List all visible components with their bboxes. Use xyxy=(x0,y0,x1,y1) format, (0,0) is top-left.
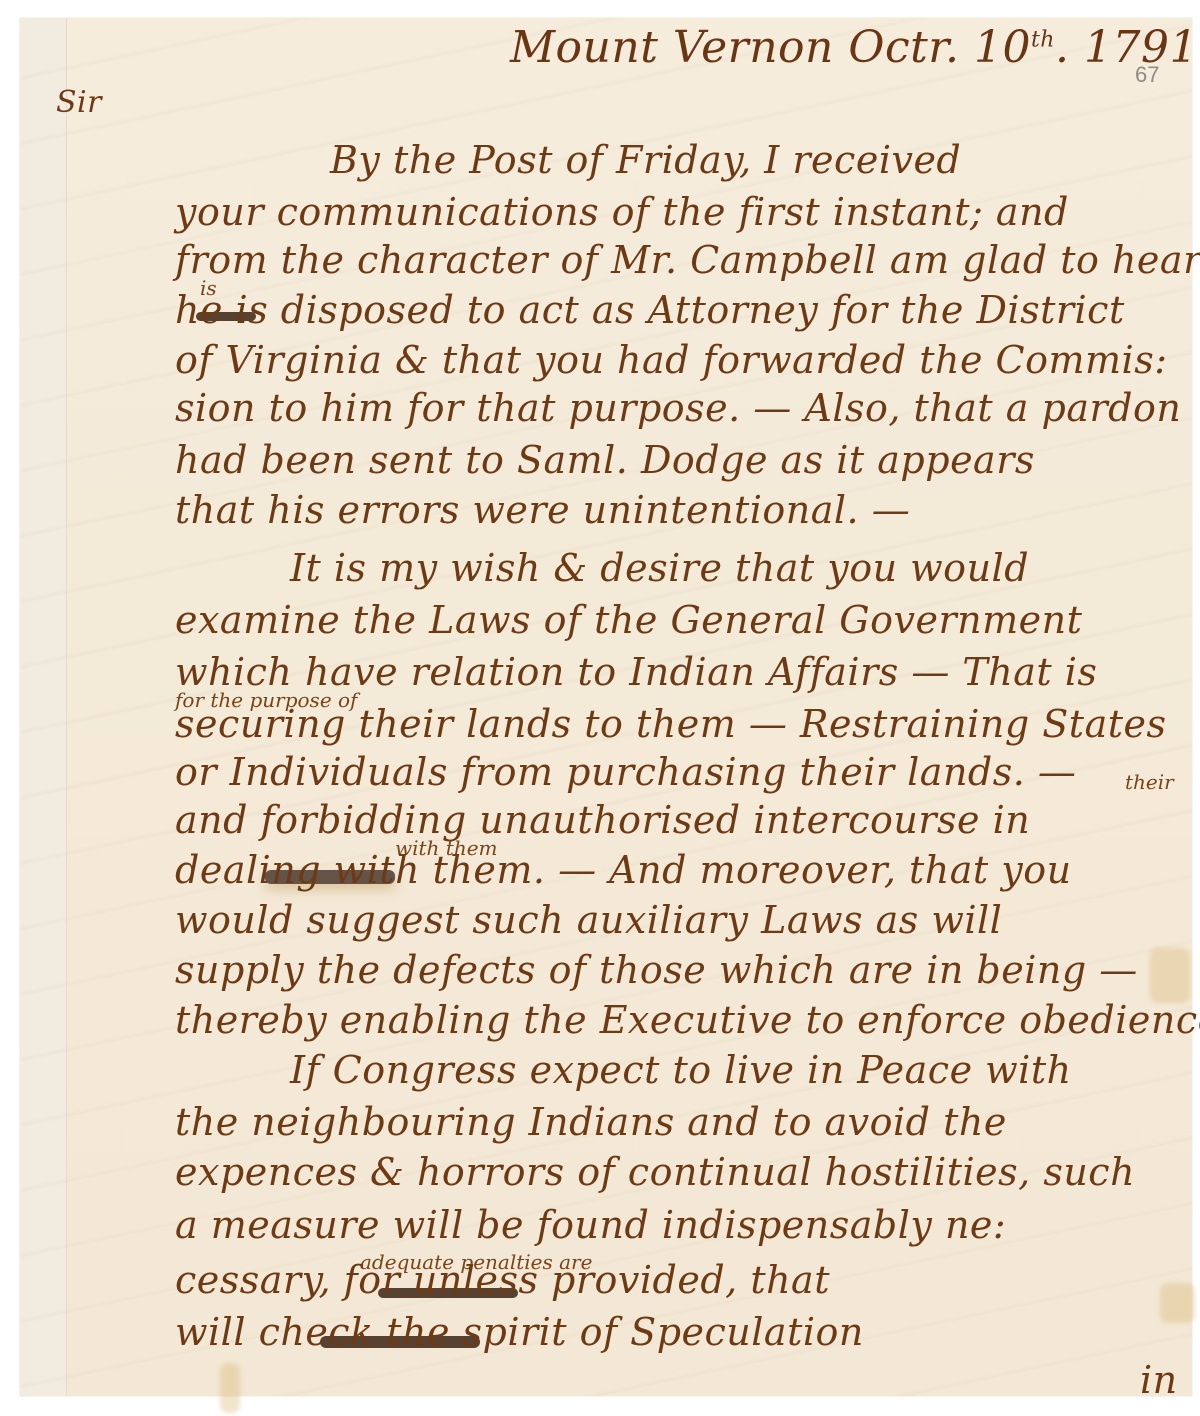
letter-line: and forbidding unauthorised intercourse … xyxy=(175,800,1030,840)
interlinear-insertion: their xyxy=(1125,770,1174,794)
paper-stain xyxy=(1150,948,1190,1003)
letter-line: If Congress expect to live in Peace with xyxy=(290,1050,1072,1090)
letter-line: securing their lands to them — Restraini… xyxy=(175,704,1166,744)
letter-line: It is my wish & desire that you would xyxy=(290,548,1029,588)
folio-number: 67 xyxy=(1135,62,1159,88)
letter-line: would suggest such auxiliary Laws as wil… xyxy=(175,900,1002,940)
letter-line: a measure will be found indispensably ne… xyxy=(175,1205,1006,1245)
dateline-month: Octr. xyxy=(848,22,959,73)
catchword: in xyxy=(1140,1360,1178,1400)
letter-line: cessary, for unless provided, that xyxy=(175,1260,830,1300)
letter-line: your communications of the first instant… xyxy=(175,192,1069,232)
letter-line: By the Post of Friday, I received xyxy=(330,140,961,180)
salutation: Sir xyxy=(56,85,102,120)
letter-line: had been sent to Saml. Dodge as it appea… xyxy=(175,440,1035,480)
letter-line: which have relation to Indian Affairs — … xyxy=(175,652,1097,692)
letter-line: thereby enabling the Executive to enforc… xyxy=(175,1000,1200,1040)
letter-line: or Individuals from purchasing their lan… xyxy=(175,752,1076,792)
mount-strip xyxy=(20,18,67,1396)
letter-line: supply the defects of those which are in… xyxy=(175,950,1138,990)
letter-line: sion to him for that purpose. — Also, th… xyxy=(175,388,1181,428)
dateline-day-suffix: th xyxy=(1031,27,1055,52)
letter-line: that his errors were unintentional. — xyxy=(175,490,910,530)
letter-line: of Virginia & that you had forwarded the… xyxy=(175,340,1168,380)
dateline-day: 10 xyxy=(974,22,1031,73)
letter-line: dealing with them. — And moreover, that … xyxy=(175,850,1072,890)
paper-stain xyxy=(1160,1283,1195,1323)
letter-line: from the character of Mr. Campbell am gl… xyxy=(175,240,1200,280)
paper-stain xyxy=(220,1363,240,1413)
dateline: Mount Vernon Octr. 10th. 1791 xyxy=(510,22,1198,73)
dateline-place: Mount Vernon xyxy=(510,22,834,73)
letter-line: he is disposed to act as Attorney for th… xyxy=(175,290,1125,330)
letter-line: expences & horrors of continual hostilit… xyxy=(175,1152,1135,1192)
letter-line: will check the spirit of Speculation xyxy=(175,1312,864,1352)
letter-line: the neighbouring Indians and to avoid th… xyxy=(175,1102,1007,1142)
letter-line: examine the Laws of the General Governme… xyxy=(175,600,1082,640)
